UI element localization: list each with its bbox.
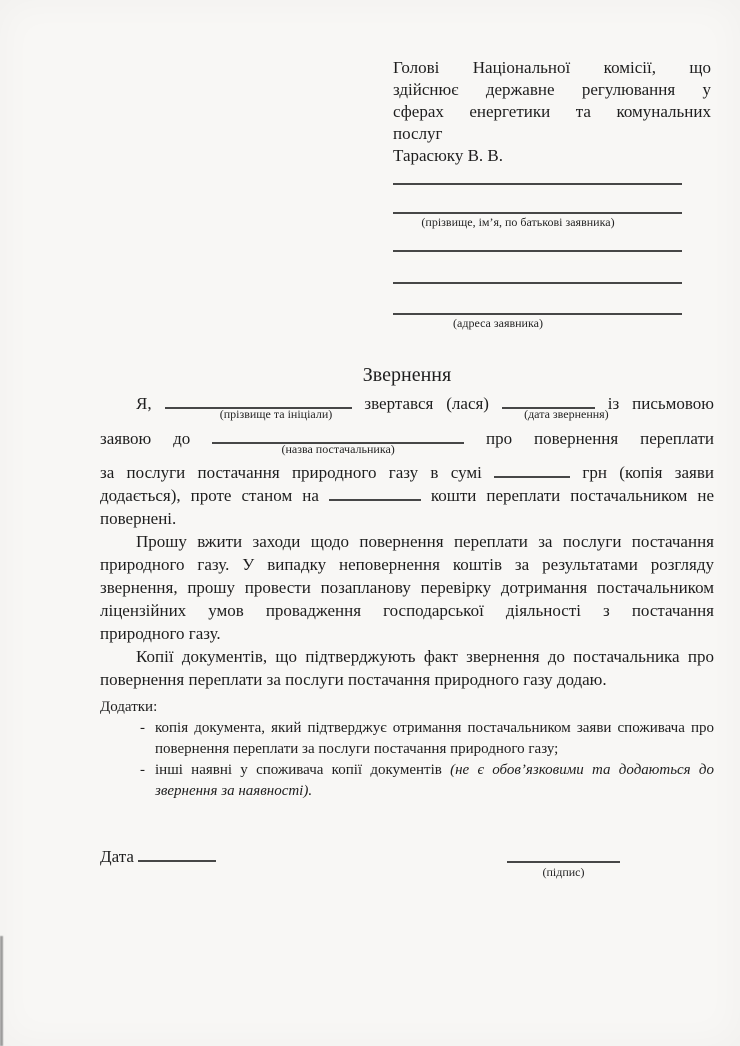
supplier-name-field: (назва постачальника) <box>212 427 464 444</box>
opening-text: Я, <box>136 394 152 413</box>
applicant-name-field: (прізвище та ініціали) <box>165 392 352 409</box>
recipient-addressee: Тарасюку В. В. <box>393 145 711 167</box>
applicant-blank-line <box>393 212 682 214</box>
request-paragraph-line: природного газу. <box>100 622 714 645</box>
applicant-blank-line <box>393 250 682 252</box>
attachment-italic-text: (не є обов’язковими та додаються до <box>450 762 714 778</box>
scanned-document-page: Голові Національної комісії, що здійснює… <box>0 0 740 1046</box>
applicant-blank-line <box>393 183 682 185</box>
recipient-line: Голові Національної комісії, що <box>393 57 711 79</box>
request-paragraph-line: ліцензійних умов провадження господарськ… <box>100 599 714 622</box>
request-paragraph-line: природного газу. У випадку неповернення … <box>100 553 714 576</box>
attachment-line: повернення переплати за послуги постачан… <box>155 739 714 760</box>
body-text: грн (копія заяви <box>582 463 714 482</box>
appeal-body-line: додається), проте станом на кошти перепл… <box>100 484 714 507</box>
request-paragraph-line: звернення, прошу провести позапланову пе… <box>100 576 714 599</box>
name-field-caption: (прізвище та ініціали) <box>184 408 333 421</box>
appeal-opening-line: заявою до (назва постачальника) про пове… <box>100 427 714 450</box>
applicant-blank-line <box>393 313 682 315</box>
attachment-text: копія документа, який підтверджує отрима… <box>155 718 714 760</box>
recipient-line: сферах енергетики та комунальних <box>393 101 711 123</box>
applicant-address-caption: (адреса заявника) <box>393 317 603 330</box>
attachment-line: інші наявні у споживача копії документів… <box>155 760 714 781</box>
applicant-blank-line <box>393 282 682 284</box>
recipient-block: Голові Національної комісії, що здійснює… <box>393 57 711 167</box>
attachment-bullet: - <box>140 718 155 760</box>
body-text: за послуги постачання природного газу в … <box>100 463 482 482</box>
appeal-body-line: за послуги постачання природного газу в … <box>100 461 714 484</box>
appeal-opening-line: Я, (прізвище та ініціали) звертався (лас… <box>100 392 714 415</box>
recipient-line: послуг <box>393 123 711 145</box>
attachment-regular-text: інші наявні у споживача копії документів <box>155 762 442 778</box>
signature-line <box>507 861 620 863</box>
document-title: Звернення <box>100 364 714 387</box>
recipient-line: здійснює державне регулювання у <box>393 79 711 101</box>
opening-text: звертався (лася) <box>364 394 489 413</box>
body-text: кошти переплати постачальником не <box>431 486 714 505</box>
attachment-line: звернення за наявності). <box>155 781 714 802</box>
opening-text: із письмовою <box>608 394 714 413</box>
attachment-bullet: - <box>140 760 155 802</box>
applicant-name-caption: (прізвище, ім’я, по батькові заявника) <box>393 216 643 229</box>
scan-edge-artifact <box>0 936 3 1046</box>
supplier-field-caption: (назва постачальника) <box>281 443 394 456</box>
appeal-body-line: повернені. <box>100 507 714 530</box>
body-text: додається), проте станом на <box>100 486 319 505</box>
date-blank-field <box>138 845 216 862</box>
date-row: Дата <box>100 845 216 868</box>
attachment-line: копія документа, який підтверджує отрима… <box>155 718 714 739</box>
appeal-body: Я, (прізвище та ініціали) звертався (лас… <box>100 392 714 802</box>
attachments-label: Додатки: <box>100 697 714 718</box>
opening-text: про повернення переплати <box>486 429 714 448</box>
date-field-caption: (дата звернення) <box>488 408 609 421</box>
amount-field <box>494 461 570 478</box>
attachments-section: Додатки: - копія документа, який підтвер… <box>100 697 714 802</box>
attachment-text: інші наявні у споживача копії документів… <box>155 760 714 802</box>
attachment-item: - інші наявні у споживача копії документ… <box>140 760 714 802</box>
attachments-list: - копія документа, який підтверджує отри… <box>140 718 714 802</box>
opening-text: заявою до <box>100 429 190 448</box>
attachment-item: - копія документа, який підтверджує отри… <box>140 718 714 760</box>
as-of-date-field <box>329 484 421 501</box>
copies-paragraph-line: повернення переплати за послуги постачан… <box>100 668 714 691</box>
copies-paragraph-line: Копії документів, що підтверджують факт … <box>100 645 714 668</box>
request-paragraph-line: Прошу вжити заходи щодо повернення переп… <box>100 530 714 553</box>
date-label: Дата <box>100 847 134 866</box>
signature-caption: (підпис) <box>507 866 620 879</box>
appeal-date-field: (дата звернення) <box>502 392 595 409</box>
